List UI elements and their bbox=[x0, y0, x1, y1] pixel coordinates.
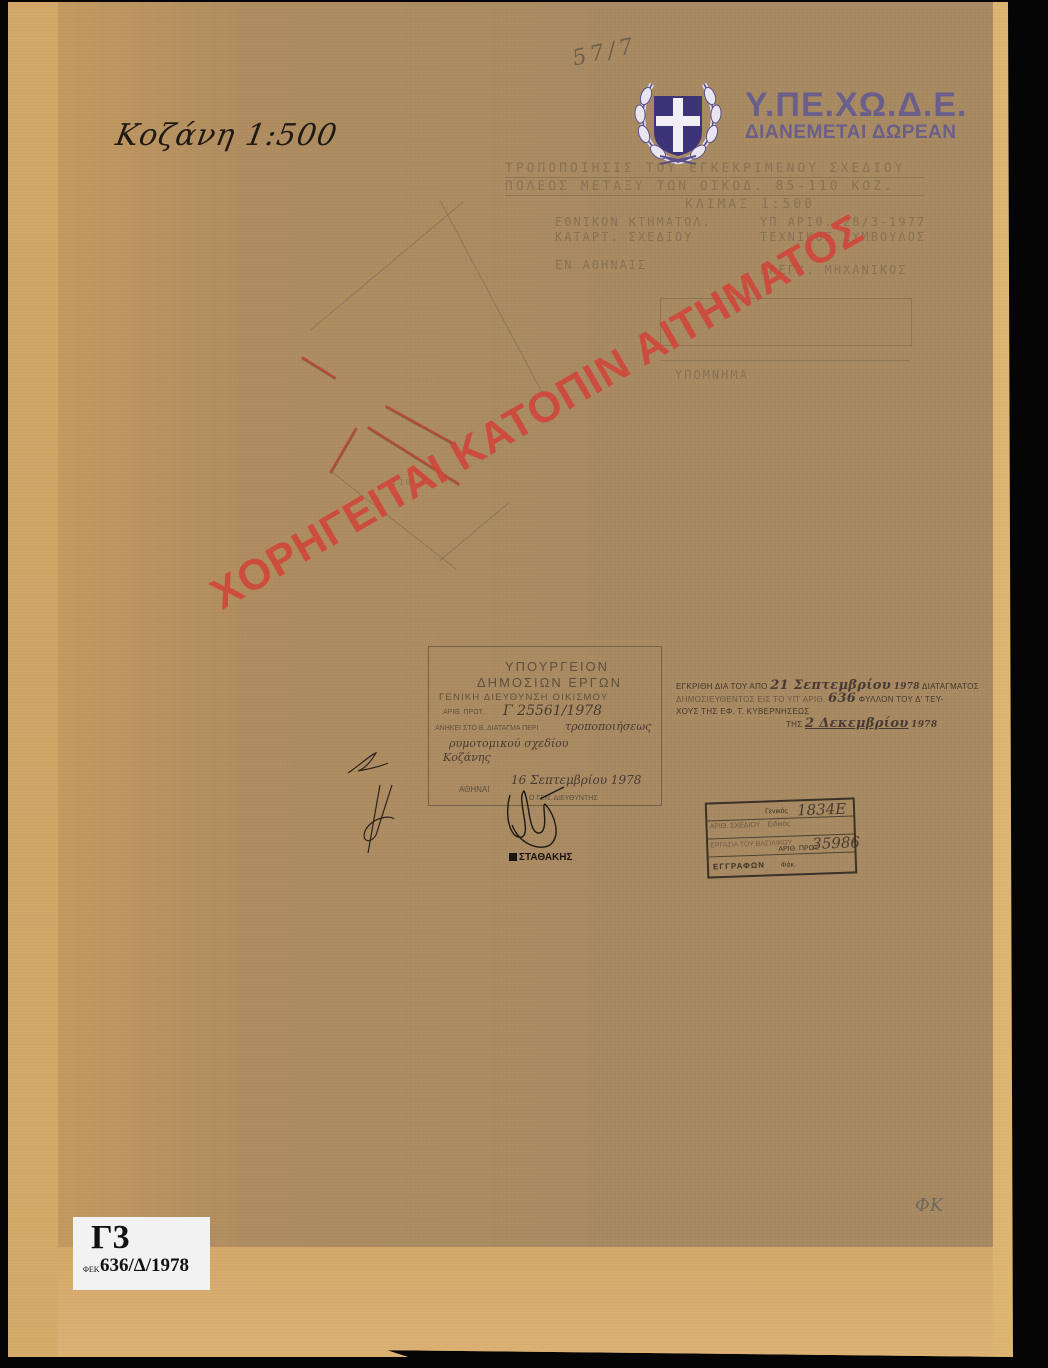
signature-initials bbox=[340, 745, 410, 855]
sheet-code: Γ3 bbox=[91, 1219, 130, 1257]
archive-label: Γ3 ΦΕΚ 636/Δ/1978 bbox=[73, 1217, 210, 1290]
greek-coat-of-arms-icon bbox=[630, 74, 726, 170]
paper-right-margin bbox=[993, 2, 1013, 1357]
distribution-note: ΔΙΑΝΕΜΕΤΑΙ ΔΩΡΕΑΝ bbox=[745, 122, 967, 144]
director-signature bbox=[500, 785, 570, 855]
ministry-abbreviation: Υ.ΠΕ.ΧΩ.Δ.Ε. bbox=[745, 88, 967, 122]
corner-initials: ΦΚ bbox=[915, 1195, 943, 1216]
fek-prefix: ΦΕΚ bbox=[83, 1265, 100, 1274]
approval-stamp: ΕΓΚΡΙΘΗ ΔΙΑ ΤΟΥ ΑΠΟ 21 Σεπτεμβρίου 1978 … bbox=[676, 680, 979, 731]
fek-reference: 636/Δ/1978 bbox=[100, 1255, 189, 1277]
faded-plan-title: ΤΡΟΠΟΠΟΙΗΣΙΣ ΤΟΥ ΕΓΚΕΚΡΙΜΕΝΟΥ ΣΧΕΔΙΟΥ ΠΟ… bbox=[505, 160, 925, 213]
registry-stamp: Γενικός 1834Ε ΑΡΙΘ. ΣΧΕΔΙΟΥ Ειδικός ΕΡΓΑ… bbox=[705, 797, 858, 878]
ministry-header: Υ.ΠΕ.ΧΩ.Δ.Ε. ΔΙΑΝΕΜΕΤΑΙ ΔΩΡΕΑΝ bbox=[745, 88, 967, 144]
ministry-stamp: ΥΠΟΥΡΓΕΙΟΝ ΔΗΜΟΣΙΩΝ ΕΡΓΩΝ ΓΕΝΙΚΗ ΔΙΕΥΘΥΝ… bbox=[428, 646, 662, 806]
handwritten-title: Κοζάνη 1:500 bbox=[113, 118, 340, 153]
signatory-name: ΣΤΑΘΑΚΗΣ bbox=[509, 852, 573, 863]
